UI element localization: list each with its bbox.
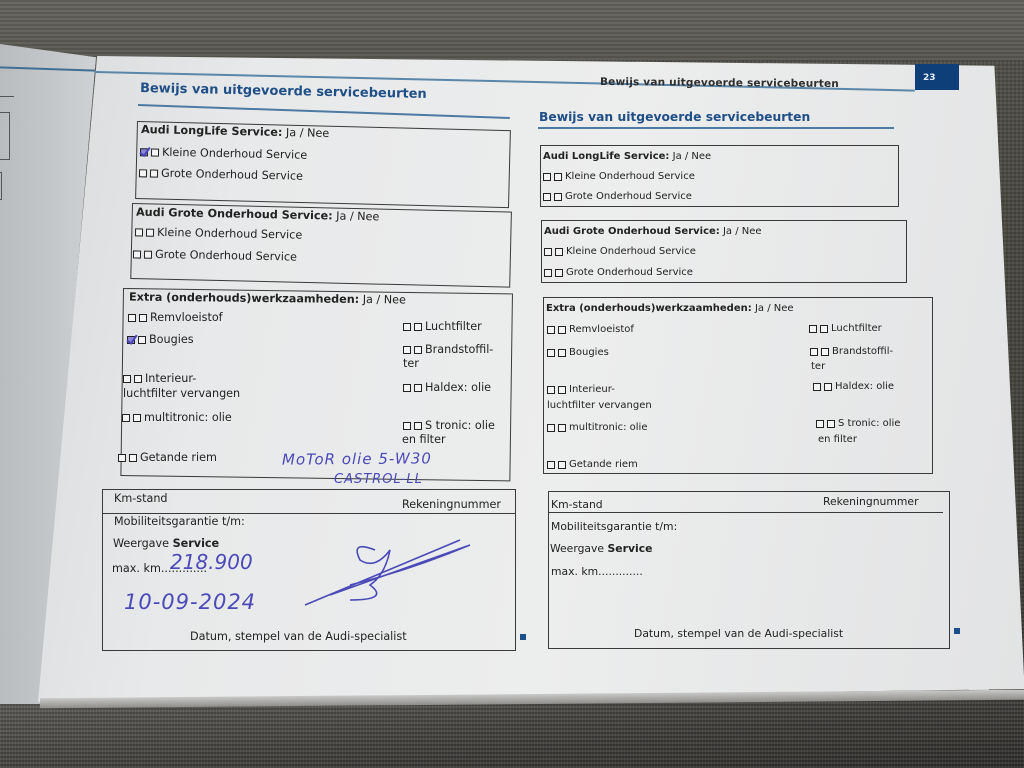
rekeningnummer-label: Rekeningnummer <box>823 495 919 508</box>
right-extra-item-right-cont: en filter <box>818 434 857 445</box>
right-grote-item: Kleine Onderhoud Service <box>544 246 696 257</box>
right-extra-item-right-cont: ter <box>811 361 825 372</box>
end-marker-icon <box>954 628 960 634</box>
checkbox-nee[interactable] <box>146 228 154 236</box>
checkbox-nee[interactable] <box>414 346 422 354</box>
handwritten-date: 10-09-2024 <box>124 590 256 614</box>
checkbox-nee[interactable] <box>134 375 142 383</box>
checkbox-nee[interactable] <box>555 248 563 256</box>
checkbox-nee[interactable] <box>558 386 566 394</box>
yes-no-label: Ja / Nee <box>755 303 794 314</box>
item-label: S tronic: olie <box>425 419 495 432</box>
weergave-text: Weergave <box>113 537 169 550</box>
yes-no-label: Ja / Nee <box>286 126 329 140</box>
item-label: Grote Onderhoud Service <box>566 267 693 278</box>
checkbox-nee[interactable] <box>554 193 562 201</box>
right-grote-item: Grote Onderhoud Service <box>544 267 693 278</box>
yes-no-label: Ja / Nee <box>723 226 762 237</box>
checkbox-nee[interactable] <box>827 420 835 428</box>
running-head: Bewijs van uitgevoerde servicebeurten <box>600 76 839 90</box>
left-extra-item-right: Haldex: olie <box>403 381 491 394</box>
item-label: Getande riem <box>140 451 217 464</box>
checkbox-ja[interactable] <box>403 384 411 392</box>
left-extra-item-right-cont: en filter <box>402 433 446 446</box>
previous-page-box <box>0 112 10 160</box>
right-extra-heading: Extra (onderhouds)werkzaamheden: Ja / Ne… <box>546 303 794 314</box>
previous-page-title-rule <box>0 96 14 97</box>
left-extra-item-right: Brandstoffil- <box>403 343 493 356</box>
checkbox-ja[interactable] <box>547 424 555 432</box>
checkbox-ja[interactable] <box>543 173 551 181</box>
item-label: Haldex: olie <box>425 381 491 394</box>
item-label: Interieur- <box>569 384 615 395</box>
right-extra-item: Interieur- <box>547 384 615 395</box>
item-label: S tronic: olie <box>838 418 900 429</box>
right-extra-item-right: S tronic: olie <box>816 418 900 429</box>
right-extra-item-right: Haldex: olie <box>813 381 894 392</box>
previous-page-rule <box>0 66 95 71</box>
checkbox-ja[interactable] <box>140 148 148 156</box>
km-stand-label: Km-stand <box>114 492 168 505</box>
checkbox-ja[interactable] <box>128 314 136 322</box>
left-extra-item: Bougies <box>127 333 194 346</box>
left-extra-item-cont: luchtfilter vervangen <box>123 387 240 400</box>
max-km-label: max. km............. <box>551 565 643 578</box>
weergave-label: Weergave Service <box>550 542 652 555</box>
item-label: Interieur- <box>145 372 196 385</box>
left-datum-footer: Datum, stempel van de Audi-specialist <box>190 630 407 643</box>
weergave-bold: Service <box>173 537 220 550</box>
weergave-text: Weergave <box>550 542 604 555</box>
checkbox-ja[interactable] <box>139 169 147 177</box>
previous-page-box <box>0 172 2 200</box>
item-label: Bougies <box>149 333 194 346</box>
left-extra-item: Getande riem <box>118 451 217 464</box>
checkbox-ja[interactable] <box>543 193 551 201</box>
signature <box>290 530 490 610</box>
right-datum-footer: Datum, stempel van de Audi-specialist <box>634 627 843 640</box>
km-divider <box>102 513 516 514</box>
weergave-label: Weergave Service <box>113 537 219 550</box>
checkbox-nee[interactable] <box>821 348 829 356</box>
item-label: Getande riem <box>569 459 638 470</box>
right-extra-item-cont: luchtfilter vervangen <box>547 400 652 411</box>
right-grote-heading: Audi Grote Onderhoud Service: Ja / Nee <box>544 226 762 237</box>
checkbox-ja[interactable] <box>544 248 552 256</box>
yes-no-label: Ja / Nee <box>363 293 406 306</box>
item-label: Grote Onderhoud Service <box>155 248 297 264</box>
checkbox-ja[interactable] <box>135 228 143 236</box>
left-extra-item-right: Luchtfilter <box>403 320 482 333</box>
checkbox-nee[interactable] <box>414 422 422 430</box>
checkbox-ja[interactable] <box>403 346 411 354</box>
checkbox-ja[interactable] <box>544 269 552 277</box>
right-extra-item: multitronic: olie <box>547 422 647 433</box>
item-label: Remvloeistof <box>569 324 634 335</box>
item-label: Kleine Onderhoud Service <box>566 246 696 257</box>
checkbox-ja[interactable] <box>547 326 555 334</box>
item-label: Brandstoffil- <box>832 346 893 357</box>
checkbox-nee[interactable] <box>558 461 566 469</box>
checkbox-nee[interactable] <box>150 169 158 177</box>
handwritten-oil-note: MoToR olie 5-W30 <box>282 449 432 468</box>
right-title-rule <box>538 127 894 129</box>
heading-label: Audi LongLife Service: <box>543 151 669 162</box>
checkbox-nee[interactable] <box>555 269 563 277</box>
checkbox-ja[interactable] <box>122 414 130 422</box>
left-extra-item-right: S tronic: olie <box>403 419 495 432</box>
checkbox-ja[interactable] <box>813 383 821 391</box>
checkbox-ja[interactable] <box>118 454 126 462</box>
rekeningnummer-label: Rekeningnummer <box>402 498 501 511</box>
checkbox-nee[interactable] <box>151 148 159 156</box>
checkbox-nee[interactable] <box>138 336 146 344</box>
checkbox-ja[interactable] <box>123 375 131 383</box>
checkbox-nee[interactable] <box>824 383 832 391</box>
checkbox-nee[interactable] <box>558 349 566 357</box>
right-extra-item: Remvloeistof <box>547 324 634 335</box>
right-longlife-item: Grote Onderhoud Service <box>543 191 692 202</box>
page-number-tab: 23 <box>915 64 959 90</box>
km-divider <box>548 512 943 513</box>
background-fabric-bottom <box>0 700 1024 768</box>
right-extra-item-right: Luchtfilter <box>809 323 882 334</box>
right-extra-item: Getande riem <box>547 459 638 470</box>
checkbox-ja[interactable] <box>547 349 555 357</box>
checkbox-ja[interactable] <box>547 461 555 469</box>
heading-label: Extra (onderhouds)werkzaamheden: <box>129 291 359 306</box>
checkbox-ja[interactable] <box>403 422 411 430</box>
checkbox-ja[interactable] <box>547 386 555 394</box>
checkbox-nee[interactable] <box>139 314 147 322</box>
item-label: Brandstoffil- <box>425 343 493 356</box>
item-label: Bougies <box>569 347 609 358</box>
right-longlife-item: Kleine Onderhoud Service <box>543 171 695 182</box>
item-label: Luchtfilter <box>831 323 882 334</box>
weergave-bold: Service <box>608 542 653 555</box>
background-fabric-top <box>0 0 1024 60</box>
left-extra-item: Remvloeistof <box>128 311 223 324</box>
checkbox-nee[interactable] <box>554 173 562 181</box>
checkbox-ja[interactable] <box>816 420 824 428</box>
checkbox-nee[interactable] <box>558 326 566 334</box>
heading-label: Extra (onderhouds)werkzaamheden: <box>546 303 752 314</box>
item-label: multitronic: olie <box>144 411 232 424</box>
checkbox-nee[interactable] <box>820 325 828 333</box>
heading-label: Audi Grote Onderhoud Service: <box>544 226 720 237</box>
end-marker-icon <box>520 634 526 640</box>
mobiliteit-label: Mobiliteitsgarantie t/m: <box>114 515 245 528</box>
item-label: Kleine Onderhoud Service <box>157 226 303 242</box>
checkbox-nee[interactable] <box>414 323 422 331</box>
left-extra-item: multitronic: olie <box>122 411 232 424</box>
left-extra-item: Interieur- <box>123 372 196 385</box>
checkbox-nee[interactable] <box>133 414 141 422</box>
item-label: Grote Onderhoud Service <box>565 191 692 202</box>
checkbox-ja[interactable] <box>127 336 135 344</box>
checkbox-nee[interactable] <box>558 424 566 432</box>
right-longlife-heading: Audi LongLife Service: Ja / Nee <box>543 151 711 162</box>
handwritten-oil-brand: CASTROL-LL <box>334 472 423 487</box>
checkbox-ja[interactable] <box>133 250 141 258</box>
item-label: Remvloeistof <box>150 311 223 324</box>
checkbox-ja[interactable] <box>809 325 817 333</box>
checkbox-nee[interactable] <box>129 454 137 462</box>
km-stand-label: Km-stand <box>551 498 603 511</box>
mobiliteit-label: Mobiliteitsgarantie t/m: <box>551 520 677 533</box>
checkbox-ja[interactable] <box>810 348 818 356</box>
left-extra-item-right-cont: ter <box>403 357 419 370</box>
yes-no-label: Ja / Nee <box>673 151 712 162</box>
right-extra-item: Bougies <box>547 347 609 358</box>
item-label: Haldex: olie <box>835 381 894 392</box>
right-extra-item-right: Brandstoffil- <box>810 346 893 357</box>
checkbox-nee[interactable] <box>144 250 152 258</box>
item-label: multitronic: olie <box>569 422 647 433</box>
checkbox-ja[interactable] <box>403 323 411 331</box>
checkbox-nee[interactable] <box>414 384 422 392</box>
yes-no-label: Ja / Nee <box>336 210 379 224</box>
handwritten-km: 218.900 <box>170 550 253 574</box>
right-form-title: Bewijs van uitgevoerde servicebeurten <box>539 110 810 124</box>
item-label: Kleine Onderhoud Service <box>565 171 695 182</box>
item-label: Luchtfilter <box>425 320 482 333</box>
